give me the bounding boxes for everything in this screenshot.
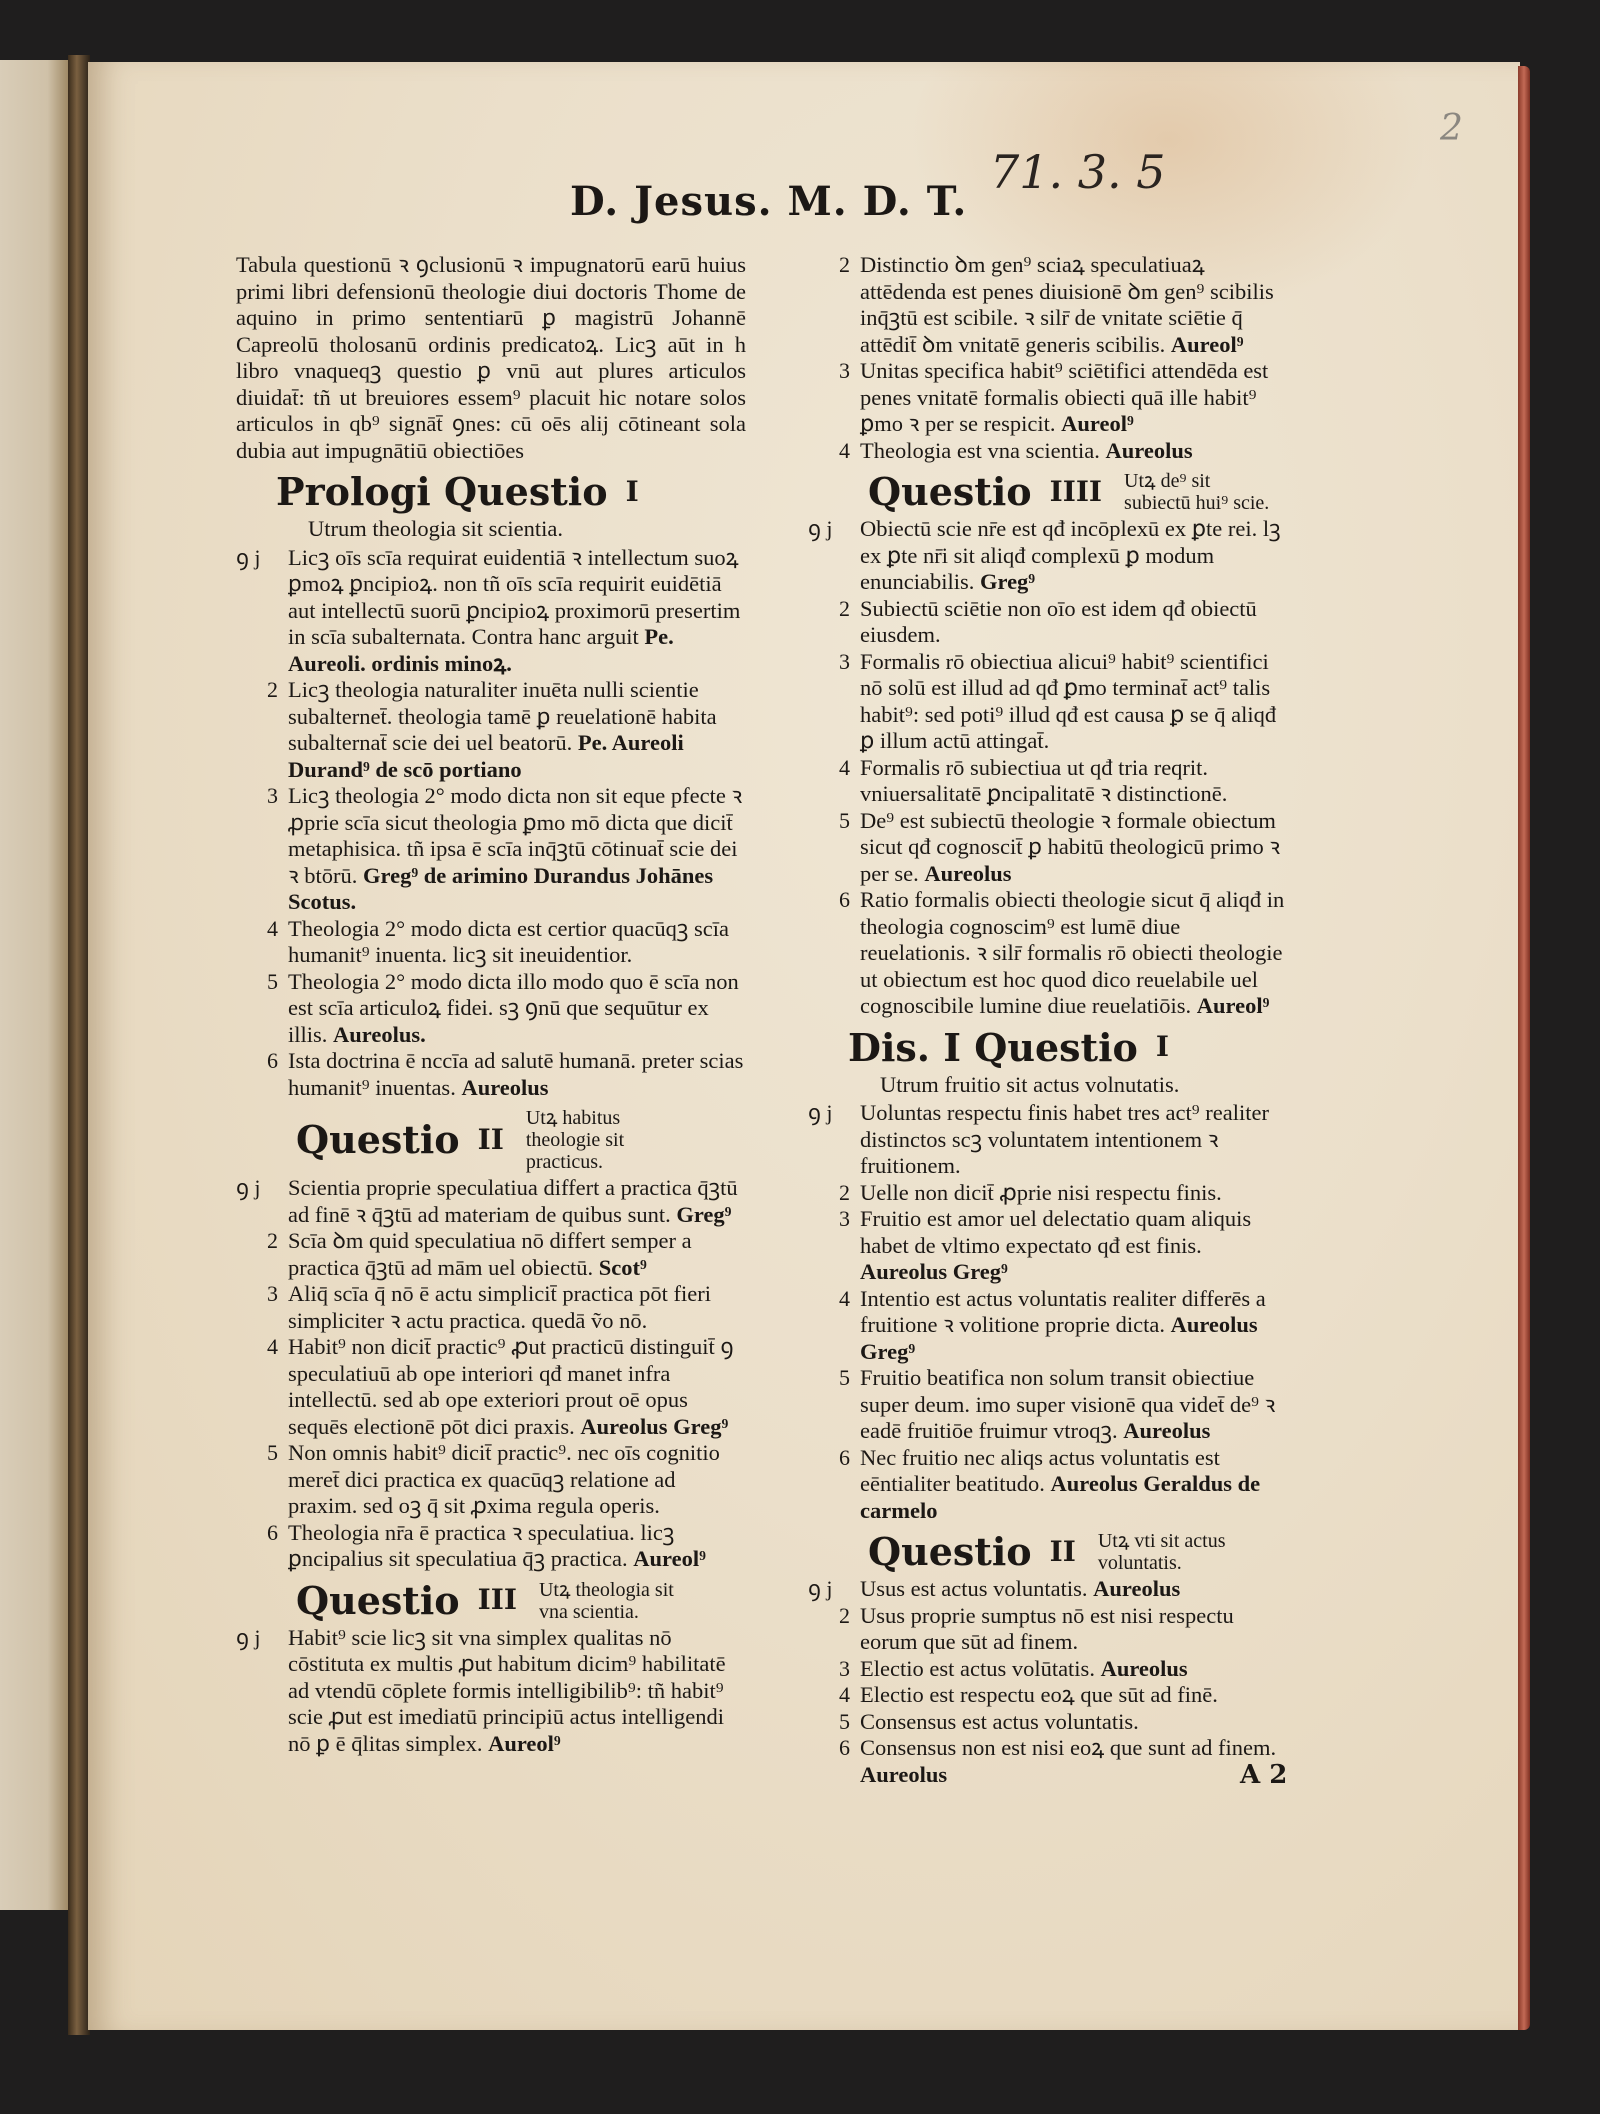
conclusion-text: Habit⁹ non dicit̄ practic⁹ ꝓut practicū …	[288, 1334, 746, 1440]
conclusion-text: Fruitio est amor uel delectatio quam ali…	[860, 1206, 1288, 1286]
conclusion-item: ꝯ jScientia proprie speculatiua differt …	[236, 1175, 746, 1228]
conclusion-number: 3	[236, 783, 288, 916]
conclusion-item: ꝯ jObiectū scie nr̄e est qđ incōplexū ex…	[808, 516, 1288, 596]
conclusion-body: Theologia est vna scientia.	[860, 438, 1100, 463]
impugnator-names: Aureolus	[860, 1762, 947, 1787]
conclusion-item: 4Formalis rō subiectiua ut qđ tria reqri…	[808, 755, 1288, 808]
conclusion-item: 3Fruitio est amor uel delectatio quam al…	[808, 1206, 1288, 1286]
pencil-folio-number: 2	[1440, 108, 1463, 149]
left-column: Tabula questionū ꝛ ꝯclusionū ꝛ impugnato…	[236, 252, 746, 1757]
conclusion-item: 2Licꝫ theologia naturaliter inuēta nulli…	[236, 677, 746, 783]
conclusion-text: Intentio est actus voluntatis realiter d…	[860, 1286, 1288, 1366]
impugnator-names: Aureolus	[924, 861, 1011, 886]
question-label: Questio	[868, 1530, 1032, 1574]
conclusion-text: Unitas specifica habit⁹ sciētifici atten…	[860, 358, 1288, 438]
impugnator-names: Aureolus	[1106, 438, 1193, 463]
conclusion-item: ꝯ jHabit⁹ scie licꝫ sit vna simplex qual…	[236, 1625, 746, 1758]
printer-signature: A 2	[1240, 1760, 1287, 1790]
question-heading: QuestioIIIUtꝝ theologia sit vna scientia…	[236, 1579, 746, 1623]
impugnator-names: Aureol⁹	[1061, 411, 1134, 436]
running-head: D. Jesus. M. D. T.	[570, 178, 967, 225]
conclusion-text: Nec fruitio nec aliqs actus voluntatis e…	[860, 1445, 1288, 1525]
question-heading: QuestioIIUtꝝ habitus theologie sit pract…	[236, 1107, 746, 1173]
right-column: 2Distinctio ꝺm gen⁹ sciaꝝ speculatiuaꝝ a…	[808, 252, 1288, 1788]
continued-conclusions: 2Distinctio ꝺm gen⁹ sciaꝝ speculatiuaꝝ a…	[808, 252, 1288, 464]
handwritten-shelfmark: 71. 3. 5	[990, 145, 1166, 199]
conclusion-number: ꝯ j	[236, 1175, 288, 1228]
conclusion-text: Theologia 2° modo dicta illo modo quo ē …	[288, 969, 746, 1049]
question-section: QuestioIIUtꝝ habitus theologie sit pract…	[236, 1107, 746, 1573]
impugnator-names: Aureolus	[1101, 1656, 1188, 1681]
conclusion-body: Formalis rō obiectiua alicui⁹ habit⁹ sci…	[860, 649, 1276, 754]
question-number: IIII	[1050, 479, 1102, 506]
conclusion-number: ꝯ j	[236, 1625, 288, 1758]
right-sections: QuestioIIIIUtꝝ de⁹ sit subiectū hui⁹ sci…	[808, 470, 1288, 1788]
impugnator-names: Aureolus	[1123, 1418, 1210, 1443]
conclusion-text: Uoluntas respectu finis habet tres act⁹ …	[860, 1100, 1288, 1180]
impugnator-names: Scot⁹	[599, 1255, 647, 1280]
conclusion-item: ꝯ jUoluntas respectu finis habet tres ac…	[808, 1100, 1288, 1180]
question-title: Utrum theologia sit scientia.	[236, 516, 746, 543]
impugnator-names: Aureolus Greg⁹	[860, 1259, 1008, 1284]
conclusion-number: ꝯ j	[808, 1576, 860, 1603]
conclusion-number: 3	[808, 358, 860, 438]
question-number: III	[478, 1587, 517, 1614]
question-section: QuestioIIUtꝝ vti sit actus voluntatis.ꝯ …	[808, 1530, 1288, 1788]
conclusion-body: Scientia proprie speculatiua differt a p…	[288, 1175, 738, 1227]
conclusion-item: 4Theologia 2° modo dicta est certior qua…	[236, 916, 746, 969]
impugnator-names: Greg⁹	[676, 1202, 731, 1227]
conclusion-number: 2	[808, 1180, 860, 1207]
conclusion-number: ꝯ j	[808, 1100, 860, 1180]
conclusion-item: 6Ista doctrina ē nccīa ad salutē humanā.…	[236, 1048, 746, 1101]
conclusion-item: 4Habit⁹ non dicit̄ practic⁹ ꝓut practicū…	[236, 1334, 746, 1440]
conclusion-text: Theologia est vna scientia. Aureolus	[860, 438, 1288, 465]
conclusion-text: Formalis rō subiectiua ut qđ tria reqrit…	[860, 755, 1288, 808]
conclusion-text: Distinctio ꝺm gen⁹ sciaꝝ speculatiuaꝝ at…	[860, 252, 1288, 358]
left-sections: Prologi QuestioIUtrum theologia sit scie…	[236, 470, 746, 1757]
conclusion-item: 2Subiectū sciētie non oīo est idem qđ ob…	[808, 596, 1288, 649]
question-section: Dis. I QuestioIUtrum fruitio sit actus v…	[808, 1026, 1288, 1525]
conclusion-text: Usus est actus voluntatis. Aureolus	[860, 1576, 1288, 1603]
conclusion-number: 3	[808, 1206, 860, 1286]
conclusion-number: 4	[808, 1286, 860, 1366]
impugnator-names: Aureol⁹	[1171, 332, 1244, 357]
binding-gutter	[68, 55, 90, 2035]
conclusion-number: 4	[236, 1334, 288, 1440]
conclusion-body: Consensus est actus voluntatis.	[860, 1709, 1139, 1734]
conclusion-item: 5Non omnis habit⁹ dicit̄ practic⁹. nec o…	[236, 1440, 746, 1520]
conclusion-number: 2	[808, 1603, 860, 1656]
conclusion-body: Usus proprie sumptus nō est nisi respect…	[860, 1603, 1234, 1655]
conclusion-number: 6	[808, 1445, 860, 1525]
question-section: Prologi QuestioIUtrum theologia sit scie…	[236, 470, 746, 1101]
conclusion-item: 2Usus proprie sumptus nō est nisi respec…	[808, 1603, 1288, 1656]
question-number: II	[1050, 1539, 1076, 1566]
conclusion-number: 4	[808, 438, 860, 465]
conclusion-item: 5Consensus est actus voluntatis.	[808, 1709, 1288, 1736]
conclusion-item: 6Ratio formalis obiecti theologie sicut …	[808, 887, 1288, 1020]
conclusion-item: 2Scīa ꝺm quid speculatiua nō differt sem…	[236, 1228, 746, 1281]
impugnator-names: Aureolus Greg⁹	[580, 1414, 728, 1439]
conclusion-number: 4	[808, 1682, 860, 1709]
conclusion-text: Consensus non est nisi eoꝝ que sunt ad f…	[860, 1735, 1288, 1788]
impugnator-names: Aureol⁹	[633, 1546, 706, 1571]
conclusion-text: Usus proprie sumptus nō est nisi respect…	[860, 1603, 1288, 1656]
conclusion-item: 3Licꝫ theologia 2° modo dicta non sit eq…	[236, 783, 746, 916]
question-label: Dis. I Questio	[848, 1026, 1138, 1070]
conclusion-item: 6Theologia nr̄a ē practica ꝛ speculatiua…	[236, 1520, 746, 1573]
conclusion-body: Subiectū sciētie non oīo est idem qđ obi…	[860, 596, 1257, 648]
conclusion-number: 6	[236, 1520, 288, 1573]
conclusion-body: Non omnis habit⁹ dicit̄ practic⁹. nec oī…	[288, 1440, 720, 1518]
conclusion-body: Theologia 2° modo dicta est certior quac…	[288, 916, 729, 968]
impugnator-names: Greg⁹	[980, 569, 1035, 594]
question-title: Utꝝ habitus theologie sit practicus.	[526, 1107, 676, 1173]
question-title: Utꝝ theologia sit vna scientia.	[539, 1579, 689, 1623]
conclusion-item: 3Electio est actus volūtatis. Aureolus	[808, 1656, 1288, 1683]
impugnator-names: Aureolus	[1093, 1576, 1180, 1601]
question-number: I	[626, 479, 639, 506]
question-label: Questio	[296, 1579, 460, 1623]
conclusion-number: 2	[808, 252, 860, 358]
conclusion-item: 2Uelle non dicit̄ ꝓprie nisi respectu fi…	[808, 1180, 1288, 1207]
conclusion-number: ꝯ j	[808, 516, 860, 596]
conclusion-text: Ista doctrina ē nccīa ad salutē humanā. …	[288, 1048, 746, 1101]
conclusion-item: ꝯ jLicꝫ oīs scīa requirat euidentiā ꝛ in…	[236, 545, 746, 678]
question-heading: QuestioIIIIUtꝝ de⁹ sit subiectū hui⁹ sci…	[808, 470, 1288, 514]
conclusion-number: 2	[236, 1228, 288, 1281]
question-title: Utꝝ vti sit actus voluntatis.	[1098, 1530, 1248, 1574]
conclusion-text: Non omnis habit⁹ dicit̄ practic⁹. nec oī…	[288, 1440, 746, 1520]
conclusion-item: 6Consensus non est nisi eoꝝ que sunt ad …	[808, 1735, 1288, 1788]
conclusion-item: 5Fruitio beatifica non solum transit obi…	[808, 1365, 1288, 1445]
conclusion-body: Fruitio beatifica non solum transit obie…	[860, 1365, 1275, 1443]
question-heading: Dis. I QuestioI	[808, 1026, 1288, 1070]
conclusion-item: 3Formalis rō obiectiua alicui⁹ habit⁹ sc…	[808, 649, 1288, 755]
conclusion-text: Scientia proprie speculatiua differt a p…	[288, 1175, 746, 1228]
conclusion-body: Aliq̄ scīa q̄ nō ē actu simplicit̄ pract…	[288, 1281, 711, 1333]
conclusion-text: Theologia nr̄a ē practica ꝛ speculatiua.…	[288, 1520, 746, 1573]
conclusion-item: ꝯ jUsus est actus voluntatis. Aureolus	[808, 1576, 1288, 1603]
conclusion-item: 5Theologia 2° modo dicta illo modo quo ē…	[236, 969, 746, 1049]
conclusion-body: Consensus non est nisi eoꝝ que sunt ad f…	[860, 1735, 1276, 1760]
conclusion-body: Uelle non dicit̄ ꝓprie nisi respectu fin…	[860, 1180, 1222, 1205]
conclusion-text: Aliq̄ scīa q̄ nō ē actu simplicit̄ pract…	[288, 1281, 746, 1334]
question-heading: QuestioIIUtꝝ vti sit actus voluntatis.	[808, 1530, 1288, 1574]
conclusion-number: 5	[808, 1365, 860, 1445]
conclusion-number: 3	[808, 649, 860, 755]
impugnator-names: Aureol⁹	[1197, 993, 1270, 1018]
question-label: Prologi Questio	[276, 470, 608, 514]
question-section: QuestioIIIUtꝝ theologia sit vna scientia…	[236, 1579, 746, 1758]
conclusion-number: 5	[808, 808, 860, 888]
conclusion-number: 6	[236, 1048, 288, 1101]
conclusion-item: 3Unitas specifica habit⁹ sciētifici atte…	[808, 358, 1288, 438]
conclusion-text: Consensus est actus voluntatis.	[860, 1709, 1288, 1736]
conclusion-body: Theologia nr̄a ē practica ꝛ speculatiua.…	[288, 1520, 674, 1572]
conclusion-number: 2	[236, 677, 288, 783]
conclusion-body: Formalis rō subiectiua ut qđ tria reqrit…	[860, 755, 1227, 807]
conclusion-number: 6	[808, 887, 860, 1020]
conclusion-body: De⁹ est subiectū theologie ꝛ formale obi…	[860, 808, 1280, 886]
conclusion-number: ꝯ j	[236, 545, 288, 678]
conclusion-text: Electio est actus volūtatis. Aureolus	[860, 1656, 1288, 1683]
question-title: Utꝝ de⁹ sit subiectū hui⁹ scie.	[1124, 470, 1274, 514]
conclusion-number: 6	[808, 1735, 860, 1788]
conclusion-text: Subiectū sciētie non oīo est idem qđ obi…	[860, 596, 1288, 649]
conclusion-item: 4Intentio est actus voluntatis realiter …	[808, 1286, 1288, 1366]
question-number: I	[1156, 1034, 1169, 1061]
question-heading: Prologi QuestioI	[236, 470, 746, 514]
conclusion-number: 5	[236, 1440, 288, 1520]
conclusion-text: Licꝫ theologia 2° modo dicta non sit equ…	[288, 783, 746, 916]
conclusion-text: Electio est respectu eoꝝ que sūt ad finē…	[860, 1682, 1288, 1709]
conclusion-text: Formalis rō obiectiua alicui⁹ habit⁹ sci…	[860, 649, 1288, 755]
conclusion-item: 3Aliq̄ scīa q̄ nō ē actu simplicit̄ prac…	[236, 1281, 746, 1334]
conclusion-number: 4	[808, 755, 860, 808]
conclusion-text: Uelle non dicit̄ ꝓprie nisi respectu fin…	[860, 1180, 1288, 1207]
conclusion-body: Electio est actus volūtatis.	[860, 1656, 1095, 1681]
conclusion-text: Theologia 2° modo dicta est certior quac…	[288, 916, 746, 969]
conclusion-number: 3	[236, 1281, 288, 1334]
conclusion-item: 4Theologia est vna scientia. Aureolus	[808, 438, 1288, 465]
conclusion-number: 5	[808, 1709, 860, 1736]
red-fore-edge	[1518, 66, 1530, 2030]
question-section: QuestioIIIIUtꝝ de⁹ sit subiectū hui⁹ sci…	[808, 470, 1288, 1020]
conclusion-body: Usus est actus voluntatis.	[860, 1576, 1087, 1601]
impugnator-names: Aureol⁹	[488, 1731, 561, 1756]
question-label: Questio	[296, 1118, 460, 1162]
conclusion-text: Licꝫ theologia naturaliter inuēta nulli …	[288, 677, 746, 783]
conclusion-number: 4	[236, 916, 288, 969]
conclusion-body: Electio est respectu eoꝝ que sūt ad finē…	[860, 1682, 1218, 1707]
conclusion-item: 6Nec fruitio nec aliqs actus voluntatis …	[808, 1445, 1288, 1525]
question-title: Utrum fruitio sit actus volnutatis.	[808, 1072, 1288, 1099]
conclusion-text: Ratio formalis obiecti theologie sicut q…	[860, 887, 1288, 1020]
conclusion-item: 2Distinctio ꝺm gen⁹ sciaꝝ speculatiuaꝝ a…	[808, 252, 1288, 358]
conclusion-text: Obiectū scie nr̄e est qđ incōplexū ex ꝑt…	[860, 516, 1288, 596]
conclusion-number: 3	[808, 1656, 860, 1683]
conclusion-body: Obiectū scie nr̄e est qđ incōplexū ex ꝑt…	[860, 516, 1281, 594]
facing-page-edge	[0, 60, 68, 1910]
conclusion-body: Fruitio est amor uel delectatio quam ali…	[860, 1206, 1251, 1258]
conclusion-text: Habit⁹ scie licꝫ sit vna simplex qualita…	[288, 1625, 746, 1758]
conclusion-item: 4Electio est respectu eoꝝ que sūt ad fin…	[808, 1682, 1288, 1709]
question-label: Questio	[868, 470, 1032, 514]
conclusion-number: 2	[808, 596, 860, 649]
conclusion-text: Scīa ꝺm quid speculatiua nō differt semp…	[288, 1228, 746, 1281]
conclusion-number: 5	[236, 969, 288, 1049]
conclusion-text: Licꝫ oīs scīa requirat euidentiā ꝛ intel…	[288, 545, 746, 678]
impugnator-names: Aureolus	[461, 1075, 548, 1100]
question-number: II	[478, 1127, 504, 1154]
conclusion-text: De⁹ est subiectū theologie ꝛ formale obi…	[860, 808, 1288, 888]
conclusion-item: 5De⁹ est subiectū theologie ꝛ formale ob…	[808, 808, 1288, 888]
conclusion-text: Fruitio beatifica non solum transit obie…	[860, 1365, 1288, 1445]
impugnator-names: Aureolus.	[333, 1022, 426, 1047]
table-intro: Tabula questionū ꝛ ꝯclusionū ꝛ impugnato…	[236, 252, 746, 464]
conclusion-body: Uoluntas respectu finis habet tres act⁹ …	[860, 1100, 1269, 1178]
